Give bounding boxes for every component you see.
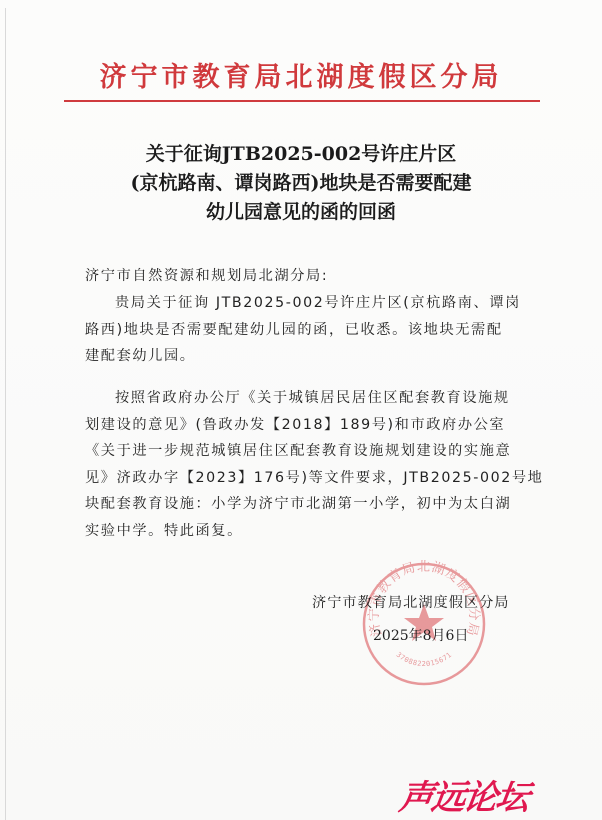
paragraph-2-line: 实验中学。特此函复。	[85, 518, 517, 545]
salutation: 济宁市自然资源和规划局北湖分局:	[85, 263, 517, 290]
title-line-3: 幼儿园意见的函的回函	[0, 198, 602, 227]
title-line-1: 关于征询JTB2025-002号许庄片区	[0, 140, 602, 169]
official-seal-stamp: 济宁市教育局北湖度假区分局 3708822015671	[360, 560, 488, 688]
document-title: 关于征询JTB2025-002号许庄片区 (京杭路南、谭岗路西)地块是否需要配建…	[0, 140, 602, 227]
paragraph-2-line: 按照省政府办公厅《关于城镇居民居住区配套教育设施规	[85, 385, 517, 412]
paragraph-1: 贵局关于征询 JTB2025-002号许庄片区(京杭路南、谭岗 路西)地块是否需…	[85, 290, 517, 370]
signature-organization: 济宁市教育局北湖度假区分局	[312, 592, 509, 612]
document-page: 济宁市教育局北湖度假区分局 关于征询JTB2025-002号许庄片区 (京杭路南…	[0, 0, 602, 820]
paragraph-2: 按照省政府办公厅《关于城镇居民居住区配套教育设施规 划建设的意见》(鲁政办发【2…	[85, 385, 517, 544]
seal-serial-number: 3708822015671	[395, 651, 454, 668]
paragraph-1-line: 建配套幼儿园。	[85, 343, 517, 370]
paragraph-2-line: 块配套教育设施：小学为济宁市北湖第一小学，初中为太白湖	[85, 491, 517, 518]
page-edge	[5, 8, 6, 820]
signature-date: 2025年8月6日	[373, 625, 468, 645]
title-line-2: (京杭路南、谭岗路西)地块是否需要配建	[0, 169, 602, 198]
paragraph-2-line: 划建设的意见》(鲁政办发【2018】189号)和市政府办公室	[85, 412, 517, 439]
paragraph-1-line: 路西)地块是否需要配建幼儿园的函，已收悉。该地块无需配	[85, 317, 517, 344]
paragraph-2-line: 见》济政办字【2023】176号)等文件要求，JTB2025-002号地	[85, 465, 517, 492]
letterhead-red-rule	[64, 100, 540, 102]
paragraph-2-line: 《关于进一步规范城镇居住区配套教育设施规划建设的实施意	[85, 438, 517, 465]
paragraph-1-line: 贵局关于征询 JTB2025-002号许庄片区(京杭路南、谭岗	[85, 290, 517, 317]
svg-text:3708822015671: 3708822015671	[395, 651, 454, 668]
letterhead-title: 济宁市教育局北湖度假区分局	[0, 55, 602, 94]
forum-watermark-logo: 声远论坛	[397, 770, 532, 819]
